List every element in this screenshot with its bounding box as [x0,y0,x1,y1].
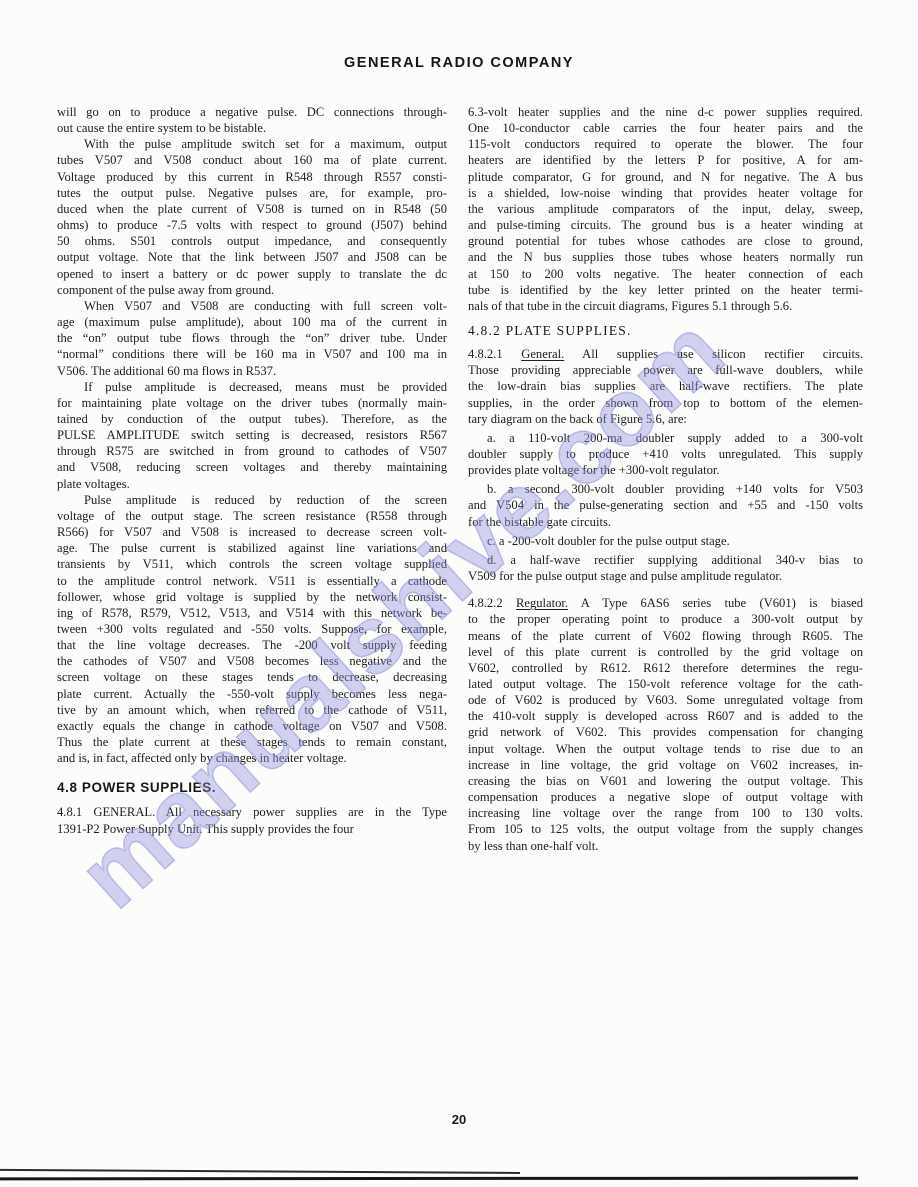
paragraph: 4.8.1 GENERAL. All necessary power suppl… [57,804,447,836]
paragraph: 6.3-volt heater supplies and the nine d-… [468,104,863,314]
left-column: will go on to produce a negative pulse. … [57,104,447,854]
text-line: One 10-conductor cable carries the four … [468,120,863,136]
paragraph: a. a 110-volt 200-ma doubler supply adde… [468,430,863,478]
text-line: Those providing appreciable power are fu… [468,362,863,378]
section-heading: 4.8 POWER SUPPLIES. [57,780,447,795]
text-line: 4.8.1 GENERAL. All necessary power suppl… [57,804,447,820]
text-line: tubes V507 and V508 conduct about 160 ma… [57,152,447,168]
text-columns: will go on to produce a negative pulse. … [57,104,863,854]
page-header-title: GENERAL RADIO COMPANY [0,55,918,71]
text-line: age. The pulse current is stabilized aga… [57,540,447,556]
text-line: means of the plate current of V602 flowi… [468,628,863,644]
text-line: for maintaining plate voltage on the dri… [57,395,447,411]
text-line: and is, in fact, affected only by change… [57,750,447,766]
text-line: to the amplitude control network. V511 i… [57,573,447,589]
text-line: d. a half-wave rectifier supplying addit… [468,552,863,568]
text-line: tained by conduction of the output tubes… [57,411,447,427]
text-line: V602, controlled by R612. R612 therefore… [468,660,863,676]
text-line: is a shielded, low-noise winding that pr… [468,185,863,201]
text-line: plate voltages. [57,476,447,492]
text-line: From 105 to 125 volts, the output voltag… [468,821,863,837]
text-line: increase in line voltage, the grid volta… [468,757,863,773]
right-column: 6.3-volt heater supplies and the nine d-… [468,104,863,854]
text-line: through R575 are switched in from ground… [57,443,447,459]
text-line: increasing line voltage over the range f… [468,805,863,821]
paragraph: b. a second 300-volt doubler providing +… [468,481,863,529]
text-line: transients by V511, which controls the s… [57,556,447,572]
text-line: tary diagram on the back of Figure 5.6, … [468,411,863,427]
text-line: exactly equals the change in cathode vol… [57,718,447,734]
text-line: tutes the output pulse. Negative pulses … [57,185,447,201]
text-line: screen voltage on these stages tends to … [57,669,447,685]
paragraph: If pulse amplitude is decreased, means m… [57,379,447,492]
text-line: follower, whose grid voltage is supplied… [57,589,447,605]
text-line: lated output voltage. The 150-volt refer… [468,676,863,692]
text-line: a. a 110-volt 200-ma doubler supply adde… [468,430,863,446]
paragraph: will go on to produce a negative pulse. … [57,104,447,136]
text-line: tive by an amount which, when referred t… [57,702,447,718]
paragraph: With the pulse amplitude switch set for … [57,136,447,298]
text-line: and the N bus supplies those tubes whose… [468,249,863,265]
text-line: If pulse amplitude is decreased, means m… [57,379,447,395]
text-line: voltage of the output stage. The screen … [57,508,447,524]
scan-artifact-line [0,1169,520,1174]
text-line: heaters are identified by the letters P … [468,152,863,168]
underlined-term: Regulator. [516,596,568,610]
scan-artifact-line [0,1177,858,1180]
text-line: grid network of V602. This provides comp… [468,724,863,740]
text-line: 115-volt conductors required to operate … [468,136,863,152]
text-line: Thus the plate current at these stages t… [57,734,447,750]
text-line: and V508, reducing screen voltages and t… [57,459,447,475]
text-line: “normal” conditions there will be 160 ma… [57,346,447,362]
page-number: 20 [0,1112,918,1127]
text-line: PULSE AMPLITUDE switch setting is decrea… [57,427,447,443]
paragraph: When V507 and V508 are conducting with f… [57,298,447,379]
text-line: 1391-P2 Power Supply Unit. This supply p… [57,821,447,837]
underlined-term: General. [521,347,564,361]
text-line: doubler supply to produce +410 volts unr… [468,446,863,462]
text-line: the cathodes of V507 and V508 becomes le… [57,653,447,669]
text-line: plitude comparator, G for ground, and N … [468,169,863,185]
text-line: 4.8.2.2 Regulator. A Type 6AS6 series tu… [468,595,863,611]
text-line: tween +300 volts regulated and -550 volt… [57,621,447,637]
paragraph: 4.8.2.1 General. All supplies use silico… [468,346,863,427]
text-line: Voltage produced by this current in R548… [57,169,447,185]
text-line: b. a second 300-volt doubler providing +… [468,481,863,497]
text-line: output voltage. Note that the link betwe… [57,249,447,265]
text-line: the “on” output tube flows through the “… [57,330,447,346]
text-line: the 410-volt supply is developed across … [468,708,863,724]
text-line: provides plate voltage for the +300-volt… [468,462,863,478]
text-line: compensation produces a negative slope o… [468,789,863,805]
text-line: V509 for the pulse output stage and puls… [468,568,863,584]
text-line: and V504 in the pulse-generating section… [468,497,863,513]
section-heading: 4.8.2 PLATE SUPPLIES. [468,323,863,339]
text-line: ing of R578, R579, V512, V513, and V514 … [57,605,447,621]
text-line: will go on to produce a negative pulse. … [57,104,447,120]
text-line: the low-drain bias supplies are half-wav… [468,378,863,394]
text-line: 50 ohms. S501 controls output impedance,… [57,233,447,249]
text-line: and pulse-timing circuits. The ground bu… [468,217,863,233]
text-line: ode of V602 is produced by V603. Some un… [468,692,863,708]
text-line: that the line voltage decreases. The -20… [57,637,447,653]
text-line: at 150 to 200 volts negative. The heater… [468,266,863,282]
text-line: 6.3-volt heater supplies and the nine d-… [468,104,863,120]
text-line: nals of that tube in the circuit diagram… [468,298,863,314]
text-line: plate current. Actually the -550-volt su… [57,686,447,702]
text-line: R566) for V507 and V508 is increased to … [57,524,447,540]
paragraph: c. a -200-volt doubler for the pulse out… [468,533,863,549]
text-line: tube is identified by the key letter pri… [468,282,863,298]
text-line: age (maximum pulse amplitude), about 100… [57,314,447,330]
paragraph: d. a half-wave rectifier supplying addit… [468,552,863,584]
text-line: out cause the entire system to be bistab… [57,120,447,136]
text-line: With the pulse amplitude switch set for … [57,136,447,152]
text-line: Pulse amplitude is reduced by reduction … [57,492,447,508]
text-line: ground potential for tubes whose cathode… [468,233,863,249]
text-line: duced when the plate current of V508 is … [57,201,447,217]
text-line: component of the pulse away from ground. [57,282,447,298]
text-line: creasing the bias on V601 and lowering t… [468,773,863,789]
text-line: c. a -200-volt doubler for the pulse out… [468,533,863,549]
text-line: opened to insert a battery or dc power s… [57,266,447,282]
text-line: for the bistable gate circuits. [468,514,863,530]
text-line: by less than one-half volt. [468,838,863,854]
text-line: supplies, in the order shown from top to… [468,395,863,411]
text-line: level of this plate current is controlle… [468,644,863,660]
text-line: the various amplitude comparators of the… [468,201,863,217]
text-line: When V507 and V508 are conducting with f… [57,298,447,314]
text-line: V506. The additional 60 ma flows in R537… [57,363,447,379]
paragraph: Pulse amplitude is reduced by reduction … [57,492,447,767]
text-line: 4.8.2.1 General. All supplies use silico… [468,346,863,362]
text-line: ohms) to produce -7.5 volts with respect… [57,217,447,233]
paragraph: 4.8.2.2 Regulator. A Type 6AS6 series tu… [468,595,863,854]
text-line: input voltage. When the output voltage t… [468,741,863,757]
text-line: to the proper operating point to produce… [468,611,863,627]
